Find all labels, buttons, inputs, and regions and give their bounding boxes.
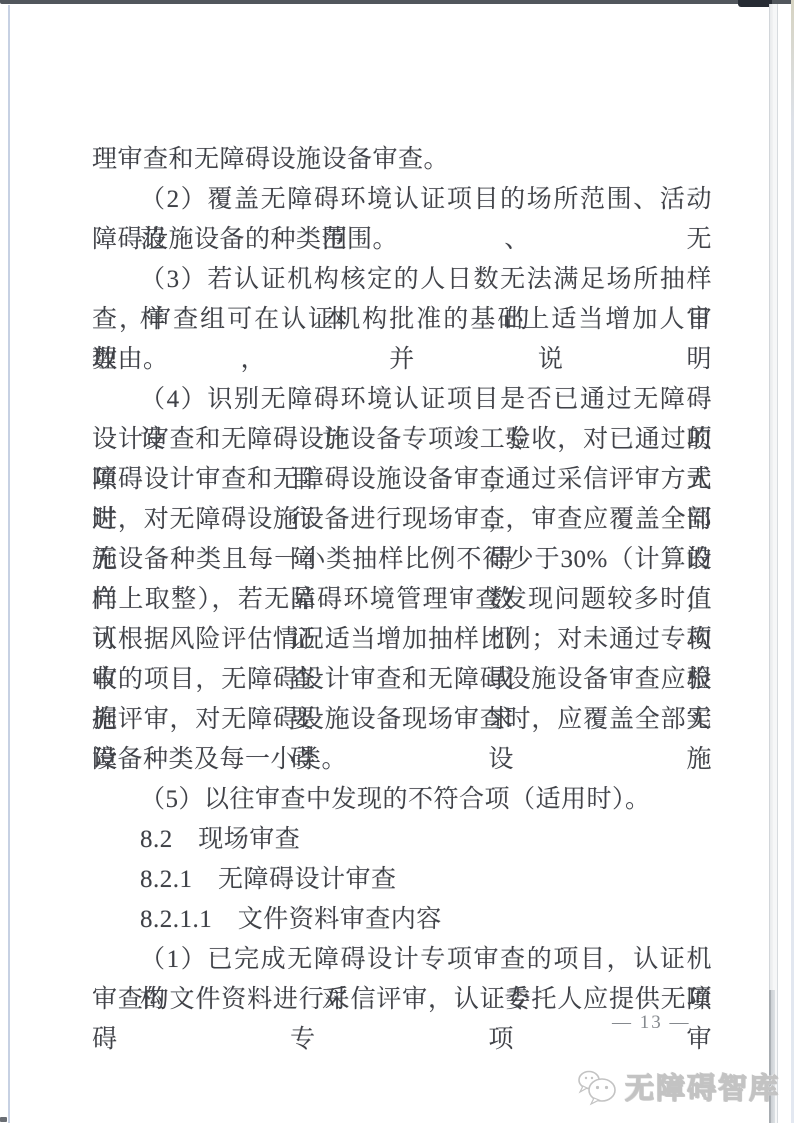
watermark-label: 无障碍智库 bbox=[625, 1066, 780, 1107]
document-body-text: 理审查和无障碍设施设备审查。 （2）覆盖无障碍环境认证项目的场所范围、活动范围、… bbox=[92, 140, 712, 1020]
text-line: 查，审查组可在认证机构批准的基础上适当增加人日数，并说明 bbox=[92, 300, 712, 340]
section-heading: 8.2.1.1 文件资料审查内容 bbox=[92, 900, 712, 940]
watermark-logo: 无障碍智库 bbox=[576, 1066, 780, 1107]
text-line: （5）以往审查中发现的不符合项（适用时）。 bbox=[92, 780, 712, 820]
text-line: 施设备种类且每一小类抽样比例不得少于30%（计算的样品数值 bbox=[92, 540, 712, 580]
text-line: （2）覆盖无障碍环境认证项目的场所范围、活动范围、无 bbox=[92, 180, 712, 220]
wechat-chat-bubbles-icon bbox=[576, 1068, 618, 1106]
text-line: 施评审，对无障碍设施设备现场审查时，应覆盖全部无障碍设施 bbox=[92, 700, 712, 740]
text-line: 向上取整），若无障碍环境管理审查发现问题较多时，认证机构 bbox=[92, 580, 712, 620]
text-line: 障碍设计审查和无障碍设施设备审查通过采信评审方式进行，同 bbox=[92, 460, 712, 500]
text-line: （4）识别无障碍环境认证项目是否已通过无障碍设计专项 bbox=[92, 380, 712, 420]
text-line: 理审查和无障碍设施设备审查。 bbox=[92, 140, 712, 180]
text-line: 收的项目，无障碍设计审查和无障碍设施设备审查应根据要求实 bbox=[92, 660, 712, 700]
text-line: （3）若认证机构核定的人日数无法满足场所抽样样本的审 bbox=[92, 260, 712, 300]
text-line: 时，对无障碍设施设备进行现场审查，审查应覆盖全部无障碍设 bbox=[92, 500, 712, 540]
text-line: 可根据风险评估情况适当增加抽样比例；对未通过专项审查或验 bbox=[92, 620, 712, 660]
scan-left-edge-line bbox=[8, 5, 10, 1123]
section-heading: 8.2 现场审查 bbox=[92, 820, 712, 860]
scan-right-edge-band bbox=[769, 4, 781, 1123]
text-line: （1）已完成无障碍设计专项审查的项目，认证机构对专项 bbox=[92, 940, 712, 980]
scan-corner-speck bbox=[0, 1117, 7, 1122]
scan-top-edge-dark-segment bbox=[738, 0, 772, 7]
scan-top-edge-bar bbox=[0, 0, 794, 4]
text-line: 设计审查和无障碍设施设备专项竣工验收，对已通过的项目，无 bbox=[92, 420, 712, 460]
section-heading: 8.2.1 无障碍设计审查 bbox=[92, 860, 712, 900]
page-number: — 13 — bbox=[612, 1012, 691, 1034]
scanned-document-page: 理审查和无障碍设施设备审查。 （2）覆盖无障碍环境认证项目的场所范围、活动范围、… bbox=[0, 0, 794, 1123]
